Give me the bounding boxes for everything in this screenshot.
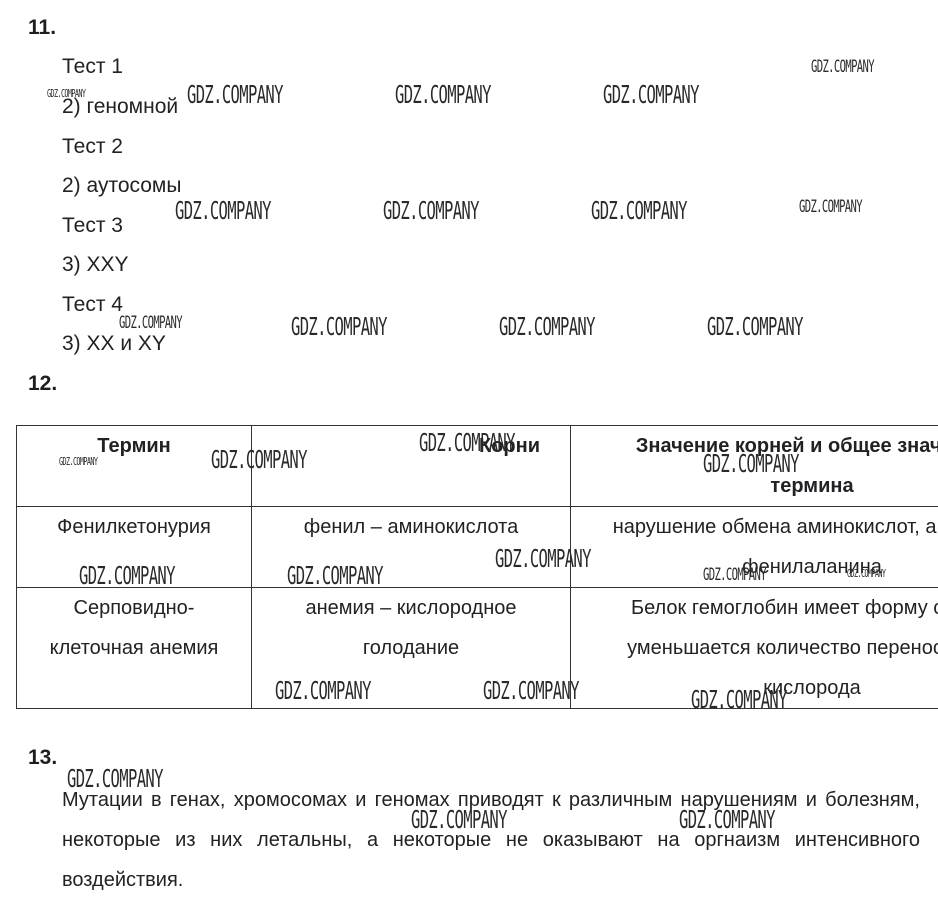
test-1-label: Тест 1 (62, 55, 123, 79)
watermark: GDZ.COMPANY (291, 312, 387, 341)
task-12-number: 12. (28, 372, 57, 396)
header-meaning: Значение корней и общее значение термина (571, 426, 938, 507)
cell-roots: фенил – аминокислота (252, 507, 571, 588)
task-13-number: 13. (28, 746, 57, 770)
cell-meaning: Белок гемоглобин имеет форму серпа, умен… (571, 588, 938, 709)
watermark: GDZ.COMPANY (395, 80, 491, 109)
cell-meaning: нарушение обмена аминокислот, а именно ф… (571, 507, 938, 588)
cell-term: Фенилкетонурия (17, 507, 252, 588)
task-11-number: 11. (28, 16, 56, 40)
terms-table: Термин Корни Значение корней и общее зна… (16, 425, 938, 709)
watermark: GDZ.COMPANY (499, 312, 595, 341)
task-13-text: Мутации в генах, хромосомах и геномах пр… (62, 780, 920, 900)
test-1-answer: 2) геномной (62, 95, 178, 119)
table-row: Фенилкетонурия фенил – аминокислота нару… (17, 507, 938, 588)
table-row: Серповидно-клеточная анемия анемия – кис… (17, 588, 938, 709)
watermark: GDZ.COMPANY (383, 196, 479, 225)
watermark: GDZ.COMPANY (707, 312, 803, 341)
test-4-answer: 3) XX и XY (62, 332, 166, 356)
header-roots: Корни (252, 426, 571, 507)
watermark: GDZ.COMPANY (591, 196, 687, 225)
cell-roots: анемия – кислородное голодание (252, 588, 571, 709)
test-2-label: Тест 2 (62, 135, 123, 159)
watermark: GDZ.COMPANY (603, 80, 699, 109)
watermark: GDZ.COMPANY (187, 80, 283, 109)
cell-term: Серповидно-клеточная анемия (17, 588, 252, 709)
test-2-answer: 2) аутосомы (62, 174, 181, 198)
header-term: Термин (17, 426, 252, 507)
table-header-row: Термин Корни Значение корней и общее зна… (17, 426, 938, 507)
test-3-label: Тест 3 (62, 214, 123, 238)
watermark: GDZ.COMPANY (119, 313, 182, 333)
watermark: GDZ.COMPANY (799, 197, 862, 217)
watermark: GDZ.COMPANY (811, 57, 874, 77)
test-4-label: Тест 4 (62, 293, 123, 317)
watermark: GDZ.COMPANY (175, 196, 271, 225)
test-3-answer: 3) XXY (62, 253, 129, 277)
